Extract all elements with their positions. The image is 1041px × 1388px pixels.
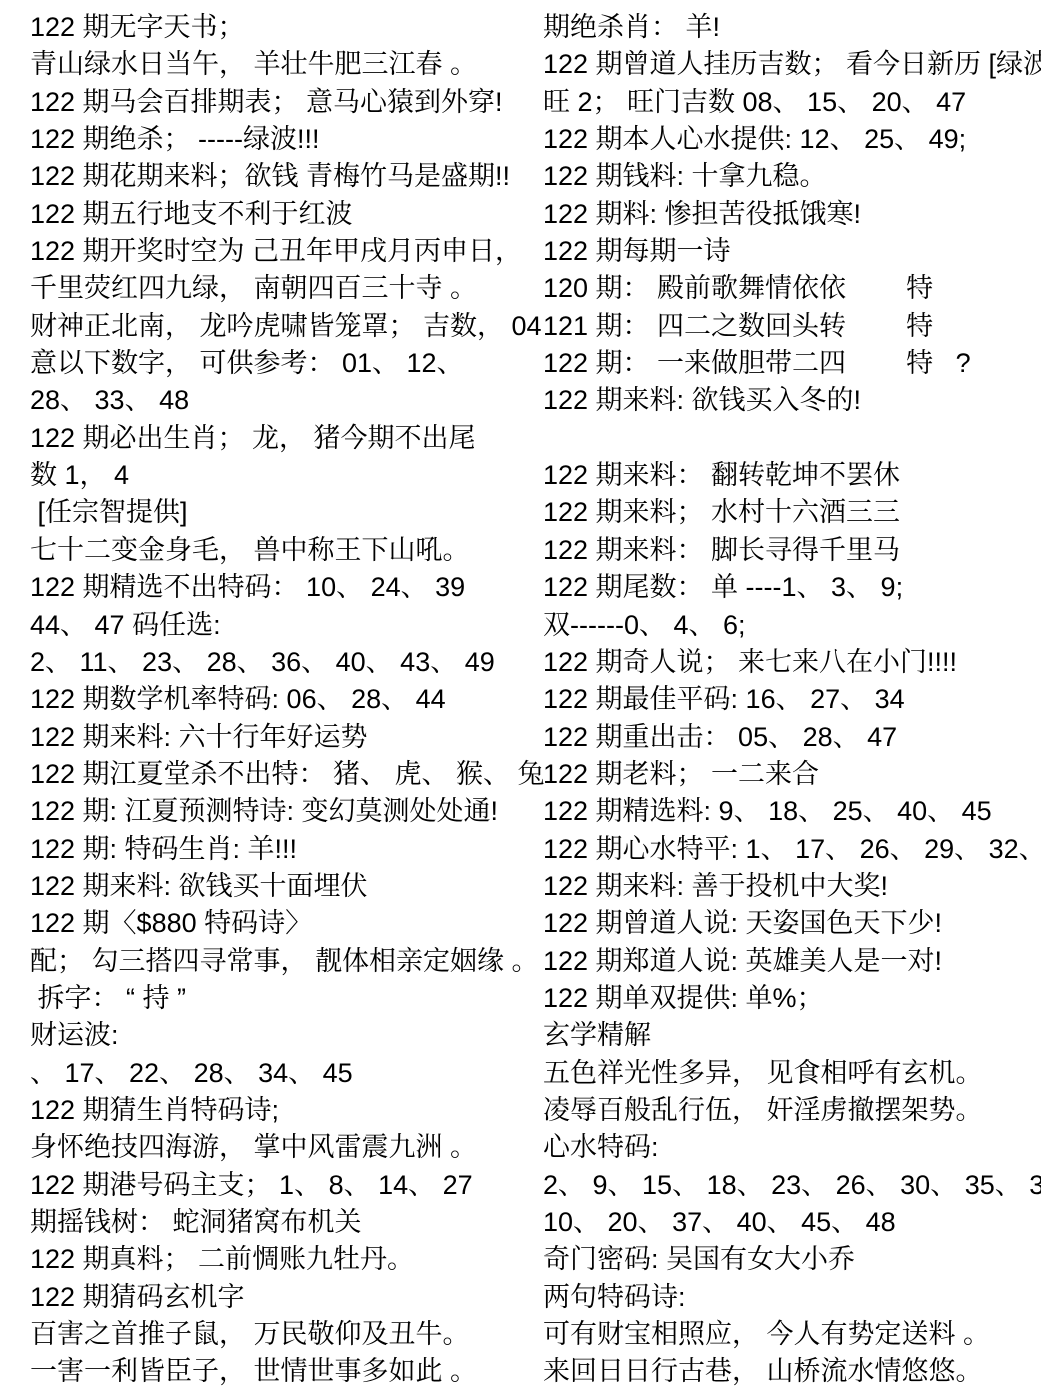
text-line: 可有财宝相照应， 今人有势定送料 。	[543, 1316, 1038, 1353]
text-line: 青山绿水日当午， 羊壮牛肥三江春 。	[30, 46, 520, 83]
text-line: 122 期无字天书；	[30, 9, 520, 46]
text-line: 身怀绝技四海游， 掌中风雷震九洲 。	[30, 1129, 520, 1166]
text-line: 财运波:	[30, 1017, 520, 1054]
text-line: 122 期最佳平码: 16、 27、 34	[543, 681, 1038, 718]
text-line: 122 期猜码玄机字	[30, 1279, 520, 1316]
text-line: [任宗智提供]	[30, 494, 520, 531]
text-line: 122 期来料: 欲钱买入冬的!	[543, 382, 1038, 419]
text-line: 意以下数字， 可供参考： 01、 12、	[30, 345, 520, 382]
text-line: 百害之首推子鼠， 万民敬仰及丑牛。	[30, 1316, 520, 1353]
text-line: 122 期真料； 二前惆账九牡丹。	[30, 1241, 520, 1278]
text-line: 122 期来料； 水村十六酒三三	[543, 494, 1038, 531]
text-line: 122 期精选料: 9、 18、 25、 40、 45	[543, 793, 1038, 830]
text-line: 122 期郑道人说: 英雄美人是一对!	[543, 943, 1038, 980]
text-line: 28、 33、 48	[30, 382, 520, 419]
text-line: 凌辱百般乱行伍， 奸淫虏撤摆架势。	[543, 1092, 1038, 1129]
text-line: 122 期精选不出特码： 10、 24、 39	[30, 569, 520, 606]
text-line: 配； 勾三搭四寻常事， 靓体相亲定姻缘 。	[30, 943, 520, 980]
text-line: 122 期钱料: 十拿九稳。	[543, 158, 1038, 195]
text-line: 122 期来料: 欲钱买十面埋伏	[30, 868, 520, 905]
text-line: 2、 9、 15、 18、 23、 26、 30、 35、 39、	[543, 1167, 1038, 1204]
text-line: 122 期单双提供: 单%；	[543, 980, 1038, 1017]
lottery-tip-sheet-page: 122 期无字天书；青山绿水日当午， 羊壮牛肥三江春 。122 期马会百排期表；…	[0, 0, 1041, 1388]
text-line: 122 期江夏堂杀不出特： 猪、 虎、 猴、 兔	[30, 756, 520, 793]
text-line: 122 期来料： 脚长寻得千里马	[543, 532, 1038, 569]
text-line: 2、 11、 23、 28、 36、 40、 43、 49	[30, 644, 520, 681]
text-line: 一害一利皆臣子， 世情世事多如此 。	[30, 1353, 520, 1388]
text-line: 122 期花期来料；欲钱 青梅竹马是盛期!!	[30, 158, 520, 195]
text-line: 122 期曾道人说: 天姿国色天下少!	[543, 905, 1038, 942]
text-line: 122 期港号码主支； 1、 8、 14、 27	[30, 1167, 520, 1204]
text-line: 122 期来料: 六十行年好运势	[30, 719, 520, 756]
text-line: 五色祥光性多异， 见食相呼有玄机。	[543, 1055, 1038, 1092]
text-line: 122 期数学机率特码: 06、 28、 44	[30, 681, 520, 718]
text-line: 122 期老料； 一二来合	[543, 756, 1038, 793]
text-line	[543, 420, 1038, 457]
text-line: 122 期猜生肖特码诗;	[30, 1092, 520, 1129]
text-line: 、 17、 22、 28、 34、 45	[30, 1055, 520, 1092]
text-line: 奇门密码: 吴国有女大小乔	[543, 1241, 1038, 1278]
text-line: 122 期心水特平: 1、 17、 26、 29、 32、 44。	[543, 831, 1038, 868]
text-line: 122 期五行地支不利于红波	[30, 196, 520, 233]
text-line: 千里荧红四九绿， 南朝四百三十寺 。	[30, 270, 520, 307]
text-line: 旺 2； 旺门吉数 08、 15、 20、 47	[543, 84, 1038, 121]
text-line: 122 期： 一来做胆带二四 特 ?	[543, 345, 1038, 382]
text-line: 拆字： “ 持 ”	[30, 980, 520, 1017]
text-line: 122 期曾道人挂历吉数； 看今日新历 [绿波	[543, 46, 1038, 83]
text-line: 122 期每期一诗	[543, 233, 1038, 270]
text-line: 财神正北南， 龙吟虎啸皆笼罩； 吉数， 04	[30, 308, 520, 345]
text-line: 122 期绝杀； -----绿波!!!	[30, 121, 520, 158]
right-column: 期绝杀肖： 羊!122 期曾道人挂历吉数； 看今日新历 [绿波旺 2； 旺门吉数…	[543, 9, 1038, 1388]
text-line: 两句特码诗:	[543, 1279, 1038, 1316]
text-line: 122 期: 特码生肖: 羊!!!	[30, 831, 520, 868]
left-column: 122 期无字天书；青山绿水日当午， 羊壮牛肥三江春 。122 期马会百排期表；…	[30, 9, 520, 1388]
text-line: 122 期来料: 善于投机中大奖!	[543, 868, 1038, 905]
text-line: 122 期来料： 翻转乾坤不罢休	[543, 457, 1038, 494]
text-line: 10、 20、 37、 40、 45、 48	[543, 1204, 1038, 1241]
text-line: 122 期开奖时空为 己丑年甲戌月丙申日，	[30, 233, 520, 270]
text-line: 122 期奇人说； 来七来八在小门!!!!	[543, 644, 1038, 681]
text-line: 122 期尾数： 单 ----1、 3、 9;	[543, 569, 1038, 606]
text-line: 122 期重出击： 05、 28、 47	[543, 719, 1038, 756]
text-line: 122 期本人心水提供: 12、 25、 49;	[543, 121, 1038, 158]
text-line: 122 期必出生肖； 龙， 猪今期不出尾	[30, 420, 520, 457]
text-line: 期摇钱树： 蛇洞猪窝布机关	[30, 1204, 520, 1241]
text-line: 122 期马会百排期表； 意马心猿到外穿!	[30, 84, 520, 121]
text-line: 数 1， 4	[30, 457, 520, 494]
text-line: 期绝杀肖： 羊!	[543, 9, 1038, 46]
text-line: 122 期: 江夏预测特诗: 变幻莫测处处通!	[30, 793, 520, 830]
text-line: 122 期〈$880 特码诗〉	[30, 905, 520, 942]
text-line: 心水特码:	[543, 1129, 1038, 1166]
text-line: 来回日日行古巷， 山桥流水情悠悠。	[543, 1353, 1038, 1388]
text-line: 122 期料: 惨担苦役抵饿寒!	[543, 196, 1038, 233]
text-line: 七十二变金身毛， 兽中称王下山吼。	[30, 532, 520, 569]
text-line: 玄学精解	[543, 1017, 1038, 1054]
text-line: 44、 47 码任选:	[30, 607, 520, 644]
text-line: 120 期： 殿前歌舞情依依 特	[543, 270, 1038, 307]
text-line: 双------0、 4、 6;	[543, 607, 1038, 644]
text-line: 121 期： 四二之数回头转 特	[543, 308, 1038, 345]
